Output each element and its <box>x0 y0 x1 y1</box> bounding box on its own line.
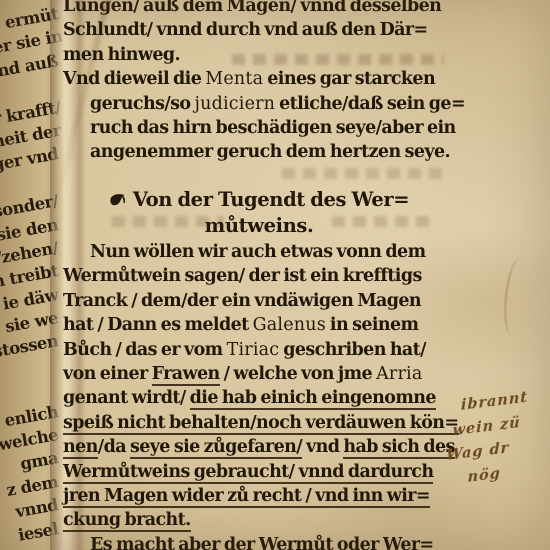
fraktur-text: hat / Dann es meldet <box>63 315 253 335</box>
fraktur-text: Wermůtwein sagen/ der ist ein krefftigs <box>63 266 422 286</box>
text-line: nen/da seye sie zůgefaren/ vnd hab sich … <box>63 435 463 459</box>
roman-type-word: judiciern <box>194 94 275 114</box>
fraktur-text: Lungen/ auß dem Magen/ vnnd desselben <box>63 0 441 16</box>
fraktur-text: / welche von jme <box>220 364 376 384</box>
text-line: Wermůtweins gebraucht/ vnnd dardurch <box>63 460 463 484</box>
text-line: Bůch / das er vom Tiriac geschriben hat/ <box>63 338 463 362</box>
paragraph-mint: Lungen/ auß dem Magen/ vnnd desselbenSch… <box>63 0 463 165</box>
text-line: ckung bracht. <box>63 508 463 532</box>
text-line: Lungen/ auß dem Magen/ vnnd desselben <box>63 0 463 18</box>
bleedthrough-texture <box>282 168 442 179</box>
roman-type-word: Menta <box>205 69 263 89</box>
text-line: Es macht aber der Wermůt oder Wer= <box>63 533 463 550</box>
text-line: angenemmer geruch dem hertzen seye. <box>63 140 463 164</box>
text-line: ruch das hirn beschädigen seye/aber ein <box>63 116 463 140</box>
ink-underlined-text: Frawen <box>152 364 220 386</box>
text-line: Vnd dieweil die Menta eines gar starcken <box>63 67 463 91</box>
ink-underlined-text: die hab einich eingenomne <box>190 388 436 410</box>
ink-underlined-text: nen <box>63 437 98 459</box>
section-heading: Von der Tugendt des Wer= můtweins. <box>63 187 455 238</box>
fraktur-text: Es macht aber der Wermůt oder Wer= <box>90 535 434 550</box>
text-line: genant wirdt/ die hab einich eingenomne <box>63 386 463 410</box>
ink-underlined-text: seye sie zůgefaren/ <box>130 437 302 459</box>
fraktur-text: vnd <box>302 437 343 457</box>
text-line: jren Magen wider zů recht / vnd inn wir= <box>63 484 463 508</box>
text-line: Nun wöllen wir auch etwas vonn dem <box>63 240 463 264</box>
ink-underlined-text: hab sich des <box>343 437 454 459</box>
heading-text-2: můtweins. <box>205 214 314 237</box>
fraktur-text: Schlundt/ vnnd durch vnd auß den Där= <box>63 20 428 40</box>
fraktur-text: geschriben hat/ <box>279 340 426 360</box>
text-line: geruchs/so judiciern etliche/daß sein ge… <box>63 92 463 116</box>
text-line: men hinweg. <box>63 43 463 67</box>
fraktur-text: Nun wöllen wir auch etwas vonn dem <box>90 242 426 262</box>
fraktur-text: etliche/daß sein ge= <box>275 94 465 114</box>
text-line: speiß nicht behalten/noch verdäuwen kön= <box>63 411 463 435</box>
fraktur-text: Vnd dieweil die <box>63 69 205 89</box>
fraktur-text: Bůch / das er vom <box>63 340 227 360</box>
book-page-photo: ermüter sie innd auß r krafft/heit derge… <box>0 0 550 550</box>
heading-line: Von der Tugendt des Wer= <box>63 187 455 213</box>
ink-underlined-text: ckung bracht. <box>63 510 191 532</box>
text-line: Tranck / dem/der ein vndäwigen Magen <box>63 289 463 313</box>
ink-underlined-text: speiß nicht behalten/noch verdäuwen kön= <box>63 413 459 435</box>
roman-type-word: Galenus <box>253 315 326 335</box>
roman-type-word: Arria <box>376 364 422 384</box>
fraktur-text: angenemmer geruch dem hertzen seye. <box>90 142 450 162</box>
handwritten-marginalia: ibranntwein züWag drnög <box>446 382 550 493</box>
fraktur-text: eines gar starcken <box>263 69 435 89</box>
heading-text-1: Von der Tugendt des Wer= <box>133 188 410 211</box>
fraktur-text: men hinweg. <box>63 45 180 65</box>
fraktur-text: von einer <box>63 364 152 384</box>
text-line: Schlundt/ vnnd durch vnd auß den Där= <box>63 18 463 42</box>
fleuron-leaf-icon <box>109 188 126 214</box>
text-line: von einer Frawen / welche von jme Arria <box>63 362 463 386</box>
paragraph-wermutwein: Nun wöllen wir auch etwas vonn demWermůt… <box>63 240 463 550</box>
fraktur-text: /da <box>98 437 130 457</box>
fraktur-text: Tranck / dem/der ein vndäwigen Magen <box>63 291 421 311</box>
fraktur-text: ruch das hirn beschädigen seye/aber ein <box>90 118 456 138</box>
roman-type-word: Tiriac <box>227 340 280 360</box>
fraktur-text: in seinem <box>326 315 419 335</box>
heading-line: můtweins. <box>63 213 455 239</box>
fraktur-text: geruchs/so <box>90 94 194 114</box>
ink-underlined-text: Wermůtweins gebraucht/ vnnd dardurch <box>63 462 433 484</box>
paper-crease <box>501 257 531 337</box>
fraktur-text: genant wirdt/ <box>63 388 190 408</box>
ink-underlined-text: jren Magen wider zů recht / vnd inn wir= <box>63 486 430 508</box>
text-line: Wermůtwein sagen/ der ist ein krefftigs <box>63 264 463 288</box>
text-line: hat / Dann es meldet Galenus in seinem <box>63 313 463 337</box>
